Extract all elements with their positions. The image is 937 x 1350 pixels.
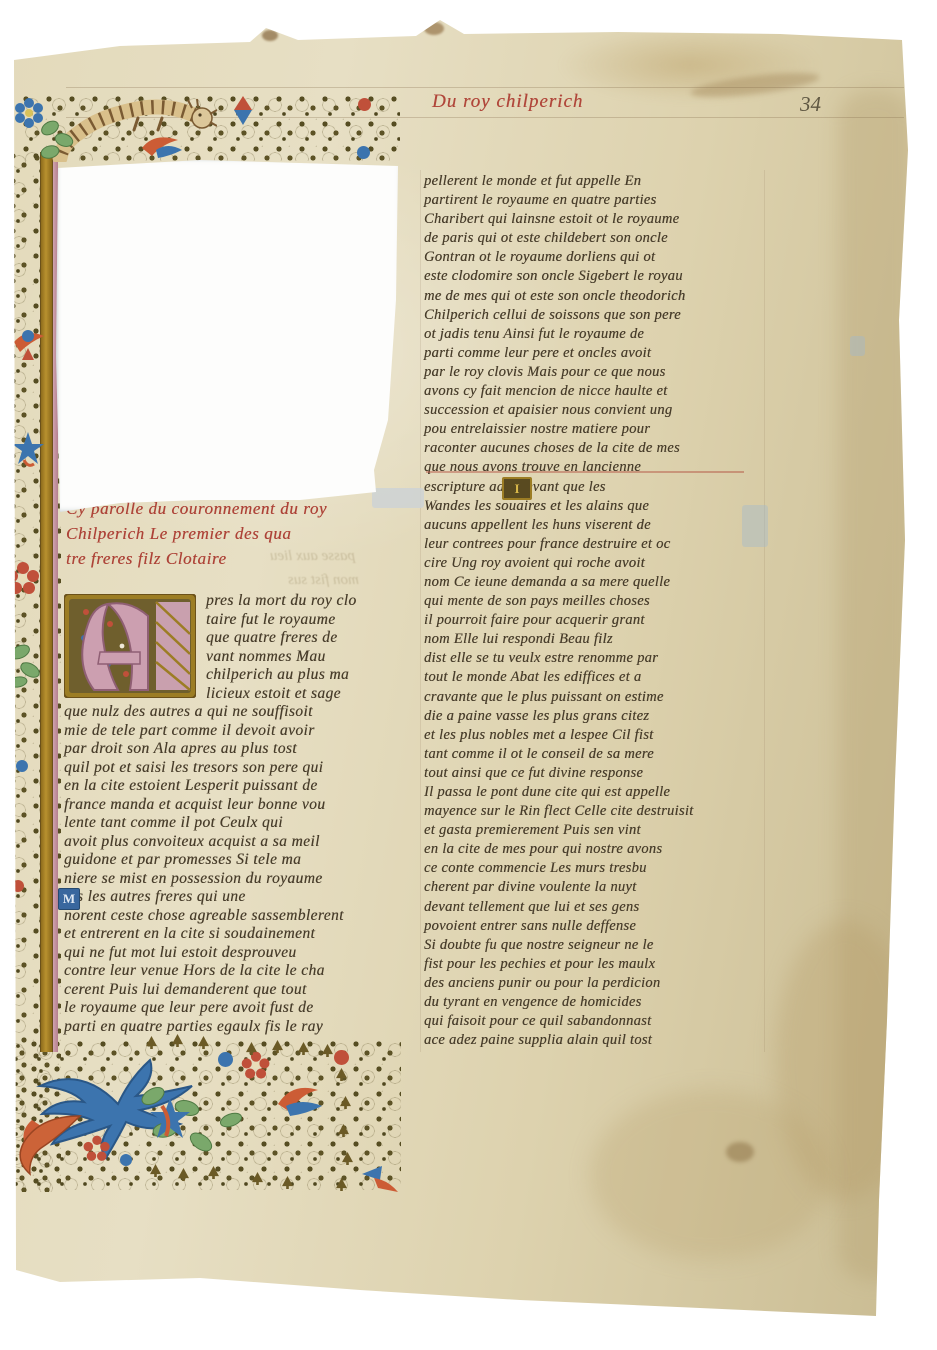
text-line: mayence sur le Rin flect Celle cite dest… — [424, 802, 768, 821]
text-line: que nulz des autres a qui ne souffisoit — [64, 703, 402, 722]
blue-red-tip-icon — [360, 1164, 400, 1196]
red-blue-flower-icon — [8, 320, 50, 366]
text-line: cerent Puis lui demanderent que tout — [64, 981, 402, 1000]
text-line: nom Elle lui respondi Beau filz — [424, 630, 768, 649]
border-bar-gold — [40, 152, 53, 1052]
text-line: parti comme leur pere et oncles avoit — [424, 344, 768, 363]
text-line: qui ne fut mot lui estoit desprouveu — [64, 944, 402, 963]
text-line: Wandes les souaires et les alains que — [424, 497, 768, 516]
text-line: des anciens punir ou pour la perdicion — [424, 974, 768, 993]
text-line: et entrerent en la cite si soudainement — [64, 925, 402, 944]
text-line: en la cite estoient Lesperit puissant de — [64, 777, 402, 796]
text-line: que nous avons trouve en lancienne — [424, 458, 768, 477]
blue-bezant — [357, 146, 370, 159]
text-line: cire Ung roy avoient qui roche avoit — [424, 554, 768, 573]
text-line: niere se mist en possession du royaume — [64, 870, 402, 889]
stain — [726, 1142, 754, 1162]
text-line: parti en quatre parties egaulx fis le ra… — [64, 1018, 402, 1037]
blue-wash-mark — [850, 336, 865, 356]
red-blue-sprig-icon — [138, 130, 184, 164]
stain — [838, 90, 912, 1280]
running-title: Du roy chilperich — [432, 91, 583, 113]
cutout-shadow-band — [372, 488, 424, 508]
red-flower-icon — [82, 1134, 112, 1164]
blue-bezant — [218, 1052, 233, 1067]
text-line: ce conte commencie Les murs tresbu — [424, 859, 768, 878]
text-line: en la cite de mes pour qui nostre avons — [424, 840, 768, 859]
text-line: Chilperich cellui de soissons que son pe… — [424, 306, 768, 325]
stain — [424, 22, 444, 35]
text-line: contre leur venue Hors de la cite le cha — [64, 962, 402, 981]
text-line: aucuns appellent les huns viserent de — [424, 516, 768, 535]
text-line: qui faisoit pour ce quil sabandonnast — [424, 1012, 768, 1031]
text-line: me de mes qui ot este son oncle theodori… — [424, 287, 768, 306]
ruling-line — [420, 170, 421, 1052]
text-line: tant comme il ot le conseil de sa mere — [424, 745, 768, 764]
text-line: il pourroit faire pour acquerir grant — [424, 611, 768, 630]
text-line: raconter aucunes choses de la cite de me… — [424, 439, 768, 458]
text-line: die a paine vasse les plus grans citez — [424, 707, 768, 726]
green-leaves-icon — [6, 640, 46, 690]
text-line: et gasta premierement Puis sen vint — [424, 821, 768, 840]
green-leaves-icon — [38, 118, 78, 164]
text-line: succession et apaisier nous convient ung — [424, 401, 768, 420]
stain — [590, 1090, 830, 1260]
right-column-text: pellerent le monde et fut appelle Enpart… — [424, 172, 768, 1050]
show-through-text: mon fist sus — [288, 572, 359, 589]
text-line: ais les autres freres qui une — [64, 888, 402, 907]
text-line: nom Ce ieune demanda a sa mere quelle — [424, 573, 768, 592]
text-line: cravante que le plus puissant on estime — [424, 688, 768, 707]
text-line: pou entrelaissier nostre matiere pour — [424, 420, 768, 439]
red-blue-bird-flower-icon — [272, 1078, 324, 1122]
manuscript-scan: Du roy chilperich 34 — [0, 0, 937, 1350]
blue-star-flower-icon — [10, 430, 46, 470]
blue-bezant — [16, 760, 28, 772]
text-line: avoit plus convoiteux acquist a sa meil — [64, 833, 402, 852]
text-line: france manda et acquist leur bonne vou — [64, 796, 402, 815]
text-line: de paris qui ot este childebert son oncl… — [424, 229, 768, 248]
text-line: par droit son Ala apres au plus tost — [64, 740, 402, 759]
orange-curl-icon — [10, 1108, 90, 1178]
parchment-leaf: Du roy chilperich 34 — [0, 0, 937, 1350]
text-line: lente tant comme il pot Ceulx qui — [64, 814, 402, 833]
chapter-rubric-line: Chilperich Le premier des qua — [66, 521, 411, 546]
text-line: du tyrant en vengence de homicides — [424, 993, 768, 1012]
text-line: Il passa le pont dune cite qui est appel… — [424, 783, 768, 802]
text-line: norent ceste chose agreable sassembleren… — [64, 907, 402, 926]
text-line: pellerent le monde et fut appelle En — [424, 172, 768, 191]
text-line: leur contrees pour france destruire et o… — [424, 535, 768, 554]
text-line: ace adez paine supplia alain quil tost — [424, 1031, 768, 1050]
chapter-rubric-line: tre freres filz Clotaire — [66, 546, 411, 571]
text-line: dist elle se tu veulx estre renomme par — [424, 649, 768, 668]
red-flower-icon — [240, 1050, 272, 1082]
text-line: et les plus nobles met a lespee Cil fist — [424, 726, 768, 745]
ruling-line — [66, 87, 904, 88]
red-blue-pennant-icon — [230, 96, 256, 126]
text-line: le royaume que leur pere avoit fust de — [64, 999, 402, 1018]
text-line: tout le monde Abat les ediffices et a — [424, 668, 768, 687]
text-line: fist pour les pechies et pour les maulx — [424, 955, 768, 974]
text-line: este clodomire son oncle Sigebert le roy… — [424, 267, 768, 286]
stain — [775, 920, 915, 1200]
red-flower-icon — [4, 560, 42, 598]
red-stroke-mark — [426, 471, 744, 473]
text-line: tout ainsi que ce fut divine response — [424, 764, 768, 783]
folio-number: 34 — [800, 92, 821, 117]
red-bezant — [334, 1050, 349, 1065]
text-line: qui mente de son pays meilles choses — [424, 592, 768, 611]
illuminated-initial-A — [64, 594, 196, 698]
blue-bezant — [120, 1154, 132, 1166]
red-bezant — [358, 98, 371, 111]
red-bezant — [12, 880, 24, 892]
text-line: Gontran ot le royaume dorliens qui ot — [424, 248, 768, 267]
stain — [262, 30, 278, 41]
text-line: escripture adis devant que les — [424, 478, 768, 497]
text-line: par le roy clovis Mais pour ce que nous — [424, 363, 768, 382]
blue-star-flower-icon — [148, 1096, 192, 1144]
left-column-text: pres la mort du roy clotaire fut le roya… — [64, 592, 402, 1036]
text-line: Charibert qui lainsne estoit ot le royau… — [424, 210, 768, 229]
text-line: mie de tele part comme il devoit avoir — [64, 722, 402, 741]
chapter-rubric: Cy parolle du couronnement du royChilper… — [66, 496, 411, 571]
cutout-hole — [55, 156, 405, 516]
text-line: guidone et par promesses Si tele ma — [64, 851, 402, 870]
text-line: avons cy fait mencion de nicce haulte et — [424, 382, 768, 401]
text-line: cherent par divine voulente la nuyt — [424, 878, 768, 897]
text-line: povoient entrer sans nulle deffense — [424, 917, 768, 936]
inline-initial-j: I — [502, 477, 532, 500]
text-line: quil pot et saisi les tresors son pere q… — [64, 759, 402, 778]
text-line: devant tellement que lui et ses gens — [424, 898, 768, 917]
text-line: ot jadis tenu Ainsi fut le royaume de — [424, 325, 768, 344]
text-line: Si doubte fu que nostre seigneur ne le — [424, 936, 768, 955]
text-line: partirent le royaume en quatre parties — [424, 191, 768, 210]
inline-initial-m: M — [58, 888, 80, 910]
stain — [560, 28, 820, 102]
